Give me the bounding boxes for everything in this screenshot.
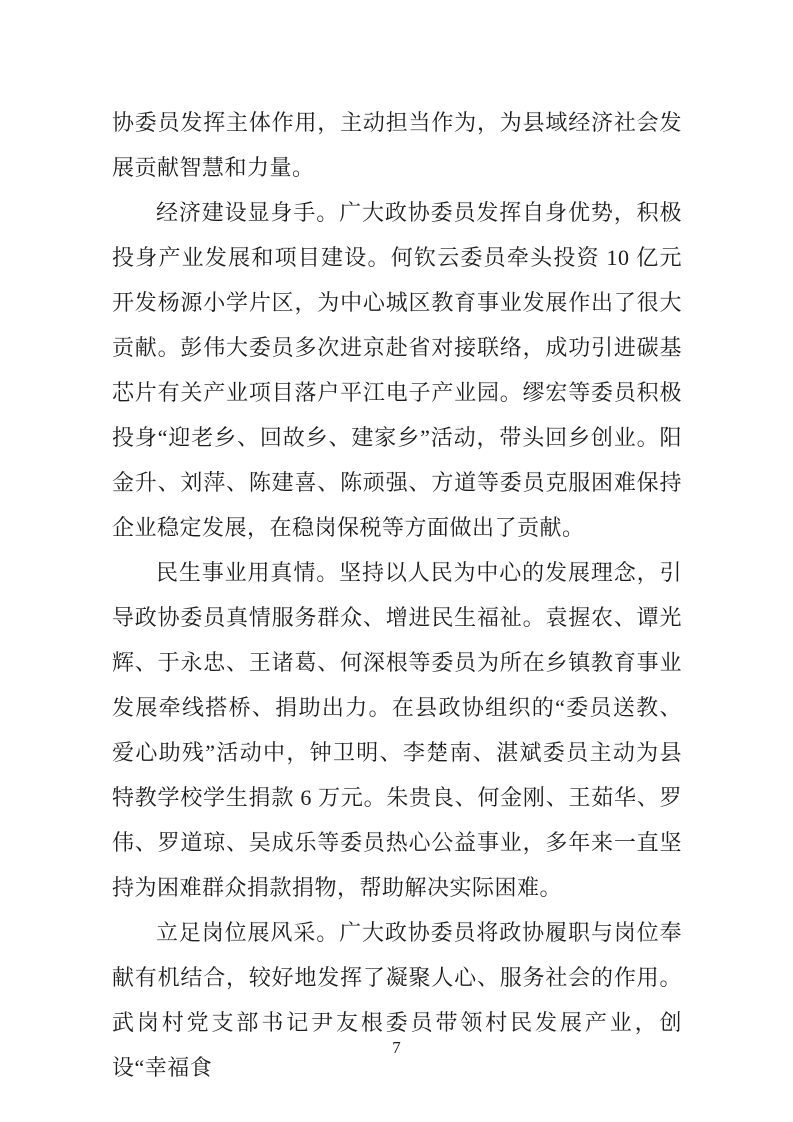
page-number: 7 [0,1038,793,1058]
body-paragraph: 民生事业用真情。坚持以人民为中心的发展理念，引导政协委员真情服务群众、增进民生福… [112,550,682,910]
body-paragraph: 协委员发挥主体作用，主动担当作为，为县域经济社会发展贡献智慧和力量。 [112,100,682,190]
body-paragraph: 立足岗位展风采。广大政协委员将政协履职与岗位奉献有机结合，较好地发挥了凝聚人心、… [112,910,682,1090]
body-paragraph: 经济建设显身手。广大政协委员发挥自身优势，积极投身产业发展和项目建设。何钦云委员… [112,190,682,550]
page-body: 协委员发挥主体作用，主动担当作为，为县域经济社会发展贡献智慧和力量。 经济建设显… [112,100,682,1090]
document-page: 协委员发挥主体作用，主动担当作为，为县域经济社会发展贡献智慧和力量。 经济建设显… [0,0,793,1122]
